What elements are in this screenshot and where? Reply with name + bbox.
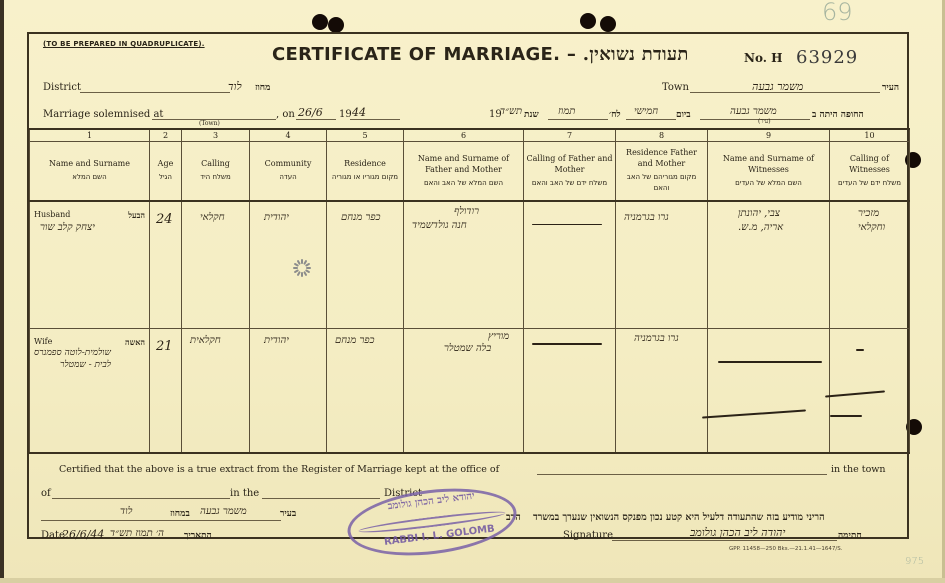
signature-label: Signature	[563, 530, 613, 541]
he-certified-text: הריני מודיע בזה שהתעודה דלעיל היא קטע נכ…	[533, 512, 825, 523]
header-en: Calling of Father and Mother	[527, 154, 613, 174]
he-chuppah-label: החופה היתה ב	[812, 109, 864, 120]
header-he: מקום מגוריהם של האב והאם	[618, 172, 705, 194]
header-en: Name and Surname	[49, 159, 130, 168]
instruction-text: (TO BE PREPARED IN QUADRUPLICATE).	[43, 40, 205, 48]
table-row-husband: Husband הבעל יצחק קלב שור 24 חקלאי יהודי…	[30, 201, 910, 329]
title-en: CERTIFICATE OF MARRIAGE. –	[272, 44, 576, 65]
header-name: Name and Surnameהשם המלא	[30, 142, 150, 201]
town-he-label: העיר	[882, 82, 899, 93]
header-parents-name: Name and Surname of Father and Motherהשם…	[404, 142, 524, 201]
cell-calling: חקלאית	[182, 329, 250, 453]
he-month-label: לח׳	[609, 109, 621, 120]
header-he: משלח היד	[184, 172, 247, 183]
header-en: Community	[265, 159, 312, 168]
of-line	[52, 498, 230, 499]
punch-hole-icon	[580, 13, 596, 29]
he-district-value: לוד	[120, 506, 132, 517]
punch-hole-icon	[600, 16, 616, 32]
empty-dash	[718, 361, 822, 363]
on-date-value: 26/6	[298, 106, 323, 119]
he-month-value: תמוז	[558, 106, 575, 117]
witness-1: צבי, יהונתן	[738, 208, 780, 219]
scan-edge-left	[0, 0, 4, 583]
col-number: 10	[830, 129, 910, 142]
he-month-line	[548, 119, 608, 120]
role-label-he: הבעל	[128, 210, 145, 220]
wife-calling: חקלאית	[190, 335, 221, 346]
cell-calling: חקלאי	[182, 201, 250, 329]
role-label-he: האשה	[125, 337, 145, 347]
in-the-line	[262, 498, 380, 499]
cell-name: Husband הבעל יצחק קלב שור	[30, 201, 150, 329]
col-number: 1	[30, 129, 150, 142]
header-he: השם המלא של האב והאם	[406, 178, 521, 189]
district-label: District	[43, 82, 81, 93]
col-number: 8	[616, 129, 708, 142]
he-day-value: חמישי	[634, 106, 658, 117]
cell-name: Wife האשה שולמית-לוטה ספמנרס לבית - שמטל…	[30, 329, 150, 453]
he-date-label: התאריך	[184, 530, 212, 541]
wife-age: 21	[156, 339, 173, 354]
marriage-register-table: 1 2 3 4 5 6 7 8 9 10 Name and Surnameהשם…	[29, 128, 910, 454]
cell-witnesses: צבי, יהונתן אריה, מ.ש.	[708, 201, 830, 329]
header-he: משלח ידם של העדים	[832, 178, 907, 189]
header-en: Calling	[201, 159, 230, 168]
year-value: 44	[352, 106, 366, 119]
he-year-label: שנת	[524, 109, 539, 120]
on-line	[296, 119, 336, 120]
cell-witnesses-calling: מזכיר וחקלאי	[830, 201, 910, 329]
col-number: 9	[708, 129, 830, 142]
empty-dash	[702, 409, 806, 418]
town-caption: (Town)	[199, 120, 220, 127]
cell-residence: כפר מנחם	[327, 201, 404, 329]
he-date-value: ה׳ תמוז תש״ד	[110, 528, 164, 539]
cell-residence: כפר מנחם	[327, 329, 404, 453]
he-town-label: בעיר	[280, 508, 296, 519]
cert-no-label: No. H	[744, 51, 782, 65]
husband-calling: חקלאי	[200, 212, 225, 223]
in-the-label: in the	[230, 488, 259, 499]
cell-parents-calling	[524, 329, 616, 453]
role-label-en: Wife	[34, 337, 52, 346]
loading-spinner-icon	[293, 259, 311, 277]
header-he: הגיל	[152, 172, 179, 183]
header-parents-calling: Calling of Father and Motherמשלח ידם של …	[524, 142, 616, 201]
husband-parents-residence: גרו בגרמניה	[624, 212, 669, 223]
header-en: Residence Father and Mother	[626, 148, 697, 168]
date-value: 26/6/44	[62, 528, 104, 541]
certified-text: Certified that the above is a true extra…	[59, 464, 499, 475]
husband-father: רודולף	[454, 206, 479, 217]
column-header-row: Name and Surnameהשם המלא Ageהגיל Calling…	[30, 142, 910, 201]
punch-hole-icon	[312, 14, 328, 30]
col-number: 2	[150, 129, 182, 142]
wife-maiden-name: לבית - שמטלר	[60, 359, 111, 370]
header-he: משלח ידם של האב והאם	[526, 178, 613, 189]
town-label: Town	[662, 82, 689, 93]
column-number-row: 1 2 3 4 5 6 7 8 9 10	[30, 129, 910, 142]
col-number: 3	[182, 129, 250, 142]
empty-dash	[532, 343, 602, 345]
signature-line	[612, 540, 837, 541]
of-label: of	[41, 488, 51, 499]
empty-dash	[532, 224, 602, 226]
col-number: 6	[404, 129, 524, 142]
header-community: Communityהעדה	[250, 142, 327, 201]
cell-community: יהודית	[250, 201, 327, 329]
punch-hole-icon	[328, 17, 344, 33]
he-day-line	[626, 119, 676, 120]
cell-parents: מוריץ בלה שמטלר	[404, 329, 524, 453]
he-place-caption: (עיר)	[758, 118, 771, 125]
district-he-label: מחוז	[255, 82, 270, 93]
district-line	[80, 92, 230, 93]
he-district-label: במחוז	[170, 508, 190, 519]
cell-age: 21	[150, 329, 182, 453]
witness-2: אריה, מ.ש.	[738, 222, 783, 233]
cell-community: יהודית	[250, 329, 327, 453]
header-he: השם המלא	[32, 172, 147, 183]
he-place-line	[700, 119, 810, 120]
wife-community: יהודית	[264, 335, 289, 346]
header-witnesses-calling: Calling of Witnessesמשלח ידם של העדים	[830, 142, 910, 201]
header-he: השם המלא של העדים	[710, 178, 827, 189]
empty-dash	[825, 390, 885, 397]
town-value: משמר גבעה	[752, 80, 803, 93]
husband-name: יצחק קלב שור	[40, 222, 95, 233]
empty-dash	[830, 415, 862, 417]
witness-1-calling: מזכיר	[858, 208, 879, 219]
wife-mother: בלה שמטלר	[444, 343, 491, 354]
in-the-town-label: in the town	[831, 464, 886, 475]
empty-dash	[856, 349, 864, 351]
scan-edge-bottom	[0, 578, 945, 583]
wife-residence: כפר מנחם	[335, 335, 375, 346]
header-witnesses-name: Name and Surname of Witnessesהשם המלא של…	[708, 142, 830, 201]
solemnised-label: Marriage solemnised at	[43, 109, 163, 120]
cert-number: 63929	[796, 47, 858, 68]
he-signature-label: חתימה	[838, 530, 862, 541]
header-en: Name and Surname of Father and Mother	[418, 154, 509, 174]
cell-parents-residence: גרו בגרמניה	[616, 329, 708, 453]
col-number: 5	[327, 129, 404, 142]
certificate-title: CERTIFICATE OF MARRIAGE. – תעודת נשואין.	[272, 44, 689, 65]
husband-residence: כפר מנחם	[341, 212, 381, 223]
header-en: Name and Surname of Witnesses	[723, 154, 814, 174]
husband-community: יהודית	[264, 212, 289, 223]
he-town-value: משמר גבעה	[200, 506, 247, 517]
he-year-value: תש״ד	[500, 106, 522, 117]
col-number: 7	[524, 129, 616, 142]
document-page: 69 975 (TO BE PREPARED IN QUADRUPLICATE)…	[0, 0, 945, 583]
cell-witnesses-calling	[830, 329, 910, 453]
printer-code: GPP. 11458—250 Bks.—21.1.41—1647/S.	[729, 546, 842, 552]
cell-parents-residence: גרו בגרמניה	[616, 201, 708, 329]
header-age: Ageהגיל	[150, 142, 182, 201]
office-line	[537, 474, 827, 475]
wife-father: מוריץ	[488, 331, 509, 342]
col-number: 4	[250, 129, 327, 142]
wife-parents-residence: גרו בגרמניה	[634, 333, 679, 344]
header-calling: Callingמשלח היד	[182, 142, 250, 201]
husband-mother: חנה גולדשמיד	[412, 220, 467, 231]
archive-note-top: 69	[822, 0, 853, 26]
signature-value: יהודה ליב הכהן גולומב	[690, 526, 785, 539]
cell-parents: רודולף חנה גולדשמיד	[404, 201, 524, 329]
wife-name: שולמית-לוטה ספמנרס	[34, 347, 111, 358]
on-label: , on	[276, 109, 295, 120]
district-value: לוד	[228, 80, 242, 93]
year-line	[350, 119, 400, 120]
header-he: מקום מגוריו או מגוריה	[329, 172, 401, 183]
header-residence: Residenceמקום מגוריו או מגוריה	[327, 142, 404, 201]
witness-2-calling: וחקלאי	[858, 222, 885, 233]
husband-age: 24	[156, 212, 173, 227]
he-day-label: ביום	[676, 109, 691, 120]
he-town-line	[41, 520, 281, 521]
cell-witnesses	[708, 329, 830, 453]
cell-parents-calling	[524, 201, 616, 329]
table-row-wife: Wife האשה שולמית-לוטה ספמנרס לבית - שמטל…	[30, 329, 910, 453]
archive-note-bottom: 975	[905, 556, 924, 567]
header-en: Residence	[344, 159, 386, 168]
cell-age: 24	[150, 201, 182, 329]
header-en: Age	[158, 159, 174, 168]
he-place-value: משמר גבעה	[730, 106, 777, 117]
title-he: תעודת נשואין.	[583, 44, 689, 65]
role-label-en: Husband	[34, 210, 70, 219]
header-he: העדה	[252, 172, 324, 183]
header-en: Calling of Witnesses	[849, 154, 890, 174]
header-parents-residence: Residence Father and Motherמקום מגוריהם …	[616, 142, 708, 201]
